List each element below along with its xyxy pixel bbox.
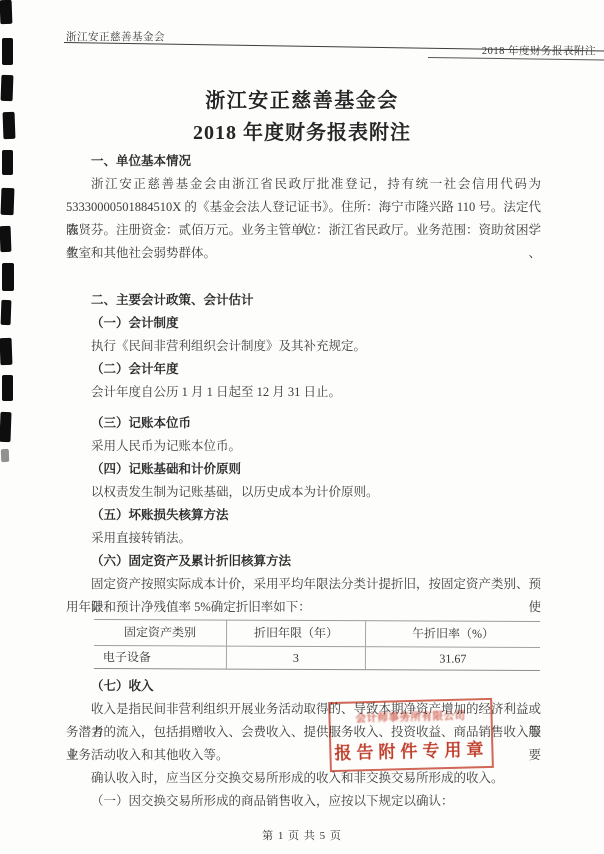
page-number-footer: 第 1 页 共 5 页 <box>0 827 604 843</box>
subsection-heading: （二）会计年度 <box>66 358 541 381</box>
paragraph-line: 固定资产按照实际成本计价，采用平均年限法分类计提折旧，按固定资产类别、预计使 <box>66 573 541 596</box>
binding-mark <box>0 412 12 442</box>
binding-mark <box>2 150 13 175</box>
table-header-cell: 午折旧率（%） <box>365 621 540 647</box>
binding-mark <box>1 75 14 101</box>
paragraph-line: 会计年度自公历 1 月 1 日起至 12 月 31 日止。 <box>66 381 541 404</box>
subsection-heading: （三）记账本位币 <box>66 412 541 435</box>
binding-mark <box>0 0 12 24</box>
paragraph-line: 以权责发生制为记账基础，以历史成本为计价原则。 <box>66 481 541 504</box>
stamp-company-text: 会计师事务所有限公司 <box>332 707 488 726</box>
table-cell: 3 <box>226 647 365 670</box>
depreciation-table: 固定资产类别 折旧年限（年） 午折旧率（%） 电子设备 3 31.67 <box>94 619 540 671</box>
table-cell: 31.67 <box>365 647 540 670</box>
subsection-heading: （六）固定资产及累计折旧核算方法 <box>66 550 541 573</box>
binding-mark <box>0 226 11 252</box>
binding-mark <box>2 375 13 401</box>
table-header-row: 固定资产类别 折旧年限（年） 午折旧率（%） <box>94 620 540 648</box>
paragraph-line: （一）因交换交易所形成的商品销售收入，应按以下规定以确认： <box>66 790 541 813</box>
subsection-heading: （七）收入 <box>66 675 541 698</box>
binding-mark <box>1 188 15 215</box>
document-title-line2: 2018 年度财务报表附注 <box>0 116 604 145</box>
paragraph-line: 53330000501884510X 的《基金会法人登记证书》。住所：海宁市隆兴… <box>66 196 541 219</box>
paragraph-line: 执行《民间非营利组织会计制度》及其补充规定。 <box>66 335 541 358</box>
document-title-line1: 浙江安正慈善基金会 <box>0 84 604 113</box>
paragraph-line: 陈贤芬。注册资金：贰佰万元。业务主管单位：浙江省民政厅。业务范围：资助贫困学生、 <box>66 219 541 242</box>
binding-mark <box>0 338 12 365</box>
subsection-heading: （四）记账基础和计价原则 <box>66 458 541 481</box>
paragraph-line: 采用人民币为记账本位币。 <box>66 435 541 458</box>
table-cell: 电子设备 <box>94 646 226 669</box>
table-header-cell: 折旧年限（年） <box>226 621 365 647</box>
section-heading: 二、主要会计政策、会计估计 <box>66 289 541 312</box>
scanned-document-page: 浙江安正慈善基金会 2018 年度财务报表附注 浙江安正慈善基金会 2018 年… <box>0 0 604 854</box>
paragraph-line: 采用直接转销法。 <box>66 527 541 550</box>
paragraph-line: 浙江安正慈善基金会由浙江省民政厅批准登记，持有统一社会信用代码为 <box>66 173 541 196</box>
subsection-heading: （五）坏账损失核算方法 <box>66 504 541 527</box>
binding-mark <box>3 112 16 139</box>
red-seal-stamp: 会计师事务所有限公司 报告附件专用章 <box>328 698 494 772</box>
binding-mark <box>2 263 14 291</box>
binding-mark <box>1 300 12 325</box>
paragraph-line: 确认收入时，应当区分交换交易所形成的收入和非交换交易所形成的收入。 <box>66 767 541 790</box>
table-header-cell: 固定资产类别 <box>94 620 226 646</box>
section-heading: 一、单位基本情况 <box>66 150 541 173</box>
binding-mark <box>2 38 13 65</box>
subsection-heading: （一）会计制度 <box>66 312 541 335</box>
stamp-seal-text: 报告附件专用章 <box>333 735 490 764</box>
binding-mark <box>1 449 9 462</box>
table-row: 电子设备 3 31.67 <box>94 646 540 670</box>
